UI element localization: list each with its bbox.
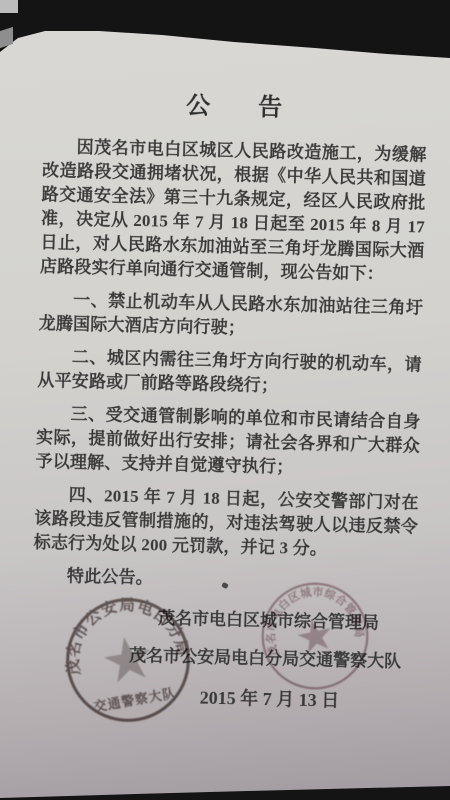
management-bureau-seal: 茂名市电白区城市综合管理局 ★ (245, 566, 385, 706)
notice-title: 公 告 (43, 82, 428, 126)
notice-paragraph-item-1: 一、禁止机动车从人民路水东加油站往三角圩龙腾国际大酒店方向行驶； (38, 288, 423, 345)
star-icon: ★ (294, 612, 337, 661)
photo-background: 公 告 因茂名市电白区城区人民路改造施工，为缓解改造路段交通拥堵状况，根据《中华… (0, 0, 450, 800)
notice-paragraph-intro: 因茂名市电白区城区人民路改造施工，为缓解改造路段交通拥堵状况，根据《中华人民共和… (40, 135, 427, 288)
star-icon: ★ (99, 626, 157, 693)
notice-paper: 公 告 因茂名市电白区城区人民路改造施工，为缓解改造路段交通拥堵状况，根据《中华… (0, 0, 450, 800)
notice-paragraph-item-4: 四、2015 年 7 月 18 日起，公安交警部门对在该路段违反管制措施的，对违… (33, 483, 419, 564)
traffic-police-seal: 茂名市公安局电白分局 ★ 交通警察大队 (50, 582, 205, 737)
photo-artifact (0, 0, 18, 13)
seal-bottom-text: 交通警察大队 (93, 685, 178, 714)
notice-paragraph-item-2: 二、城区内需往三角圩方向行驶的机动车，请从平安路或厂前路等路段绕行； (37, 345, 422, 402)
notice-paragraph-item-3: 三、受交通管制影响的单位和市民请结合自身实际，提前做好出行安排；请社会各界和广大… (35, 402, 421, 483)
